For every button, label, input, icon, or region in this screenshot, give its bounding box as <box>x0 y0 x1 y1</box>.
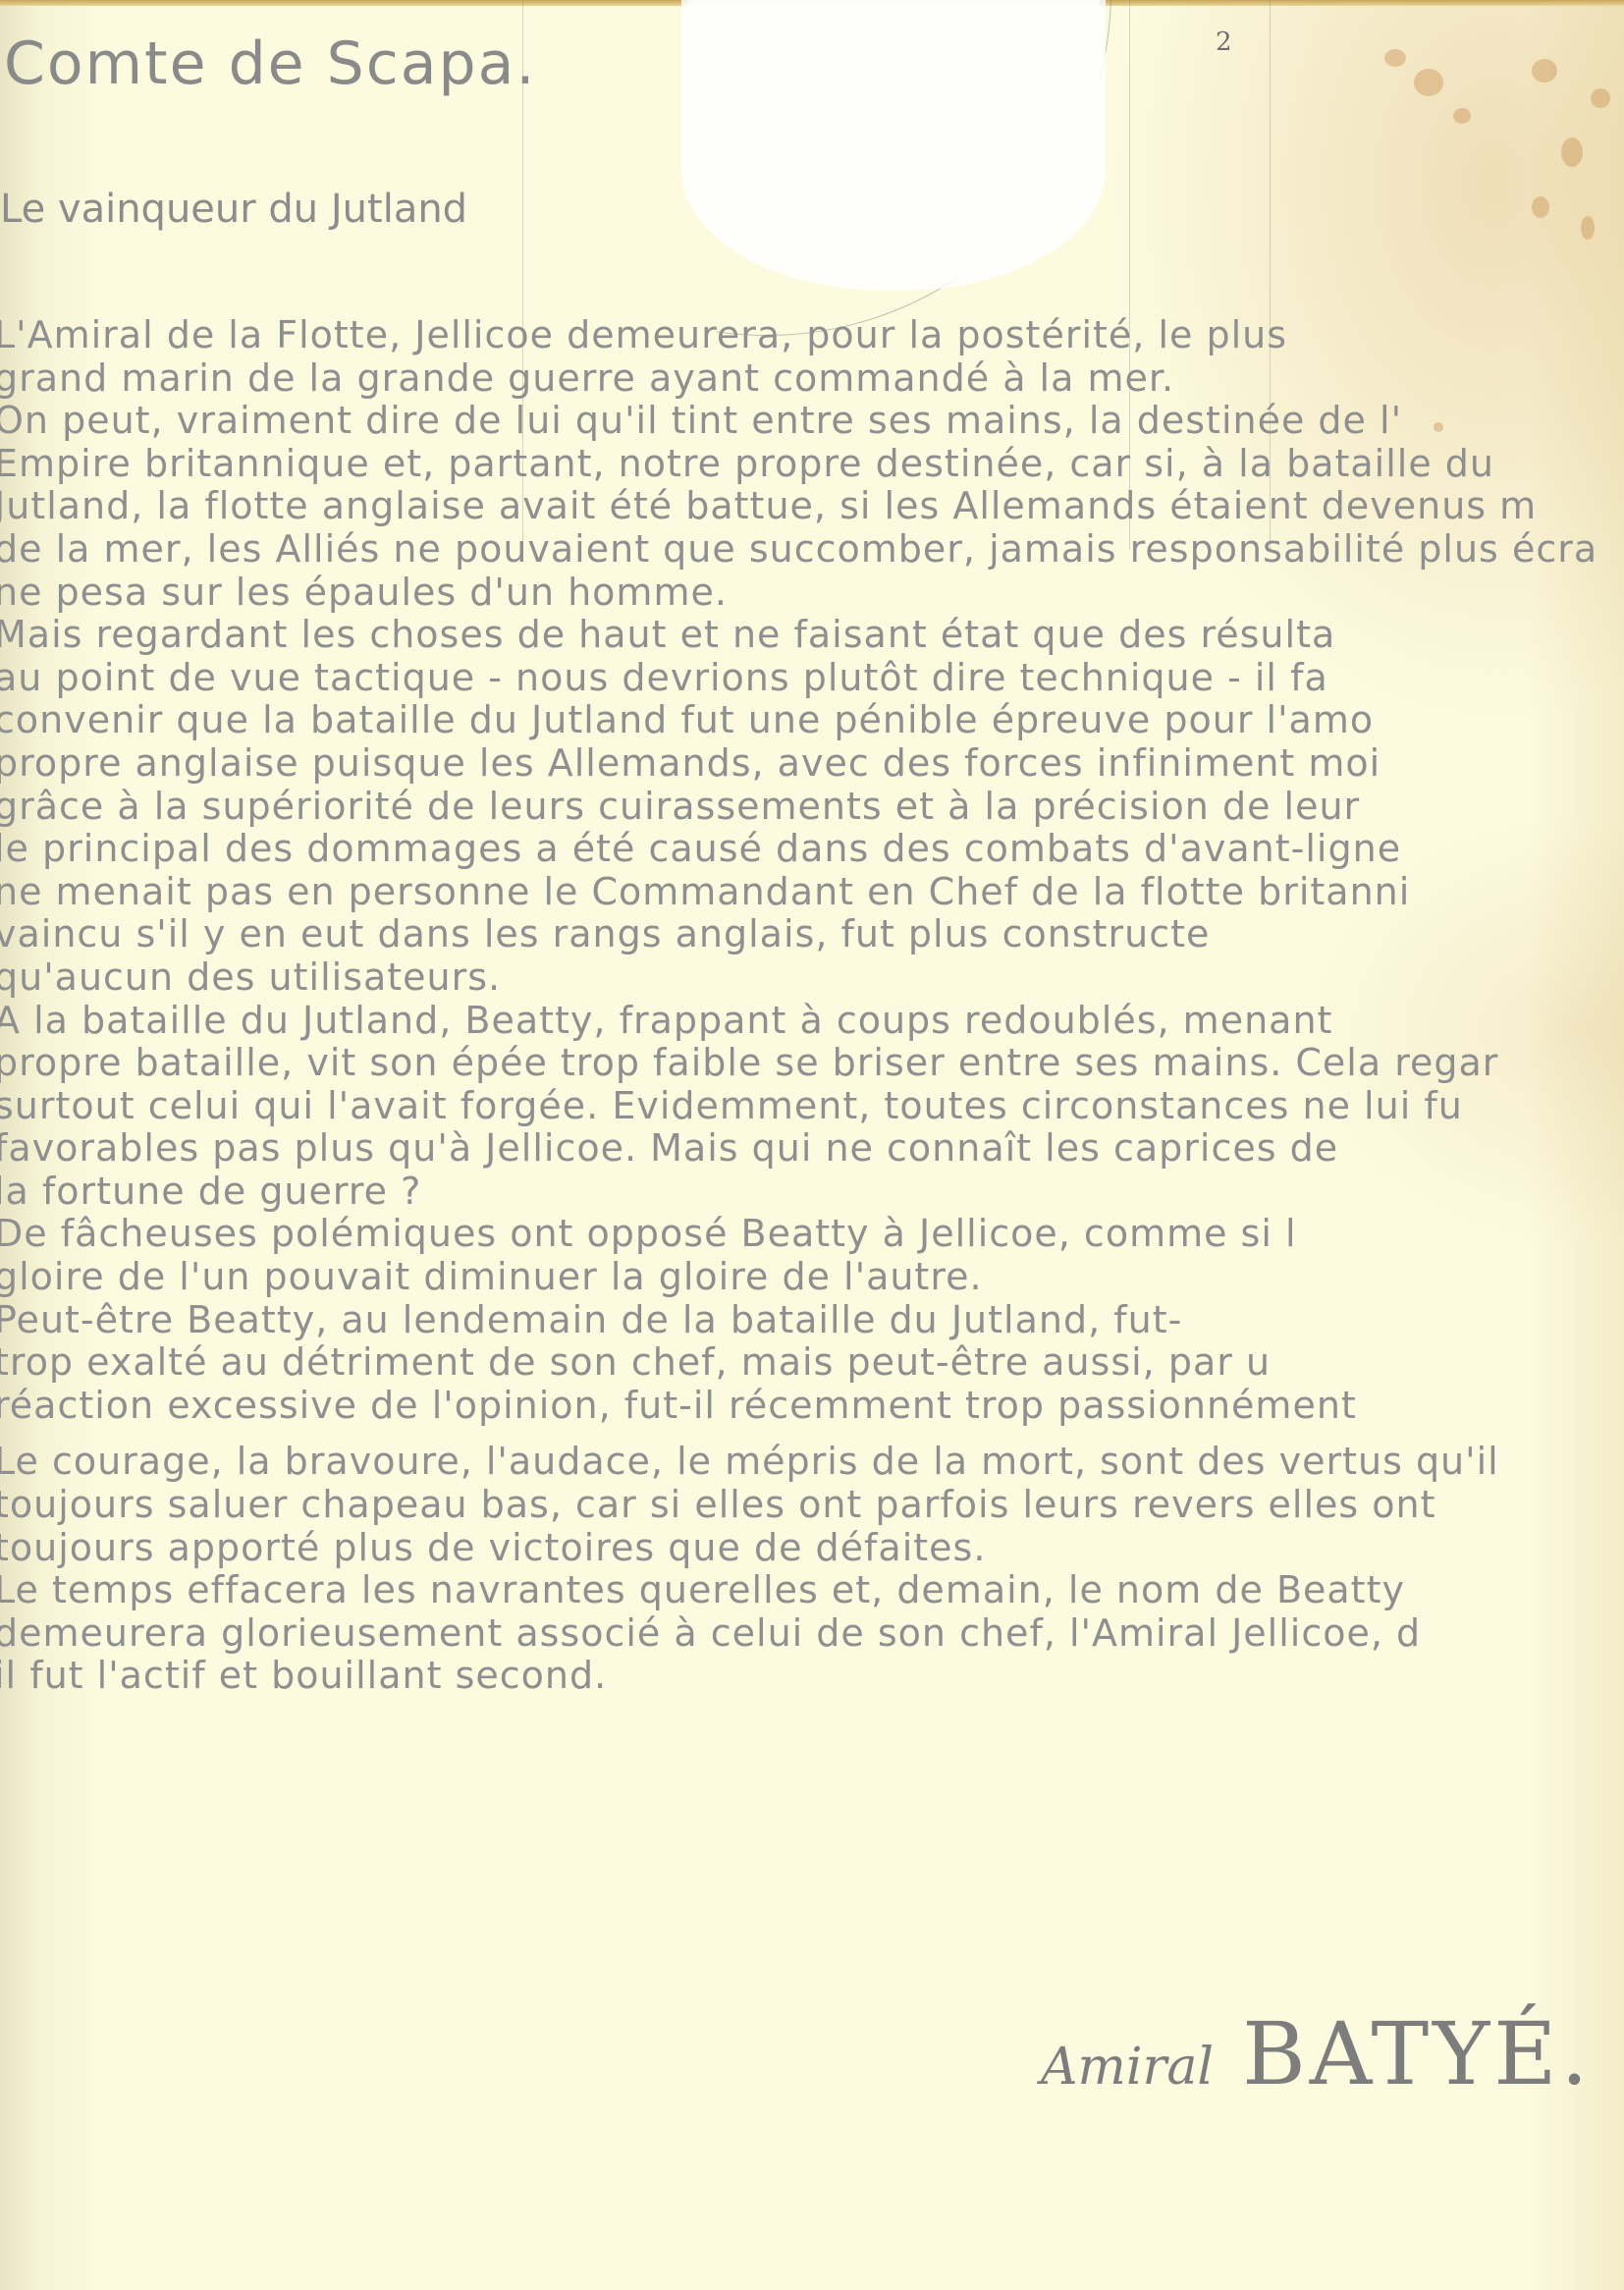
signature-name: BATYÉ. <box>1242 2003 1592 2104</box>
document-body: L'Amiral de la Flotte, Jellicoe demeurer… <box>0 314 1624 1698</box>
foxing-stain <box>1384 49 1406 67</box>
body-line: toujours saluer chapeau bas, car si elle… <box>0 1484 1624 1527</box>
body-line: L'Amiral de la Flotte, Jellicoe demeurer… <box>0 314 1624 357</box>
foxing-stain <box>1591 88 1610 108</box>
body-line: Mais regardant les choses de haut et ne … <box>0 614 1624 657</box>
body-line: au point de vue tactique - nous devrions… <box>0 657 1624 700</box>
body-line: Le courage, la bravoure, l'audace, le mé… <box>0 1441 1624 1484</box>
body-line: trop exalté au détriment de son chef, ma… <box>0 1341 1624 1385</box>
body-line: qu'aucun des utilisateurs. <box>0 956 1624 1000</box>
body-line: ne pesa sur les épaules d'un homme. <box>0 572 1624 615</box>
body-line: réaction excessive de l'opinion, fut-il … <box>0 1385 1624 1428</box>
white-seal-sticker <box>687 0 1100 285</box>
body-line: De fâcheuses polémiques ont opposé Beatt… <box>0 1213 1624 1256</box>
body-line: Peut-être Beatty, au lendemain de la bat… <box>0 1299 1624 1342</box>
body-line: surtout celui qui l'avait forgée. Evidem… <box>0 1085 1624 1128</box>
document-subtitle: Le vainqueur du Jutland <box>0 187 467 232</box>
body-line: grand marin de la grande guerre ayant co… <box>0 357 1624 401</box>
body-line: vaincu s'il y en eut dans les rangs angl… <box>0 913 1624 956</box>
foxing-stain <box>1532 59 1557 82</box>
body-line: demeurera glorieusement associé à celui … <box>0 1612 1624 1656</box>
document-title: Comte de Scapa. <box>4 29 536 98</box>
body-line: Le temps effacera les navrantes querelle… <box>0 1569 1624 1612</box>
body-line: propre bataille, vit son épée trop faibl… <box>0 1042 1624 1085</box>
body-line: convenir que la bataille du Jutland fut … <box>0 699 1624 742</box>
foxing-stain <box>1561 137 1583 167</box>
body-line: grâce à la supériorité de leurs cuirasse… <box>0 786 1624 829</box>
signature: Amiral BATYÉ. <box>1041 2003 1592 2104</box>
body-line: propre anglaise puisque les Allemands, a… <box>0 742 1624 786</box>
foxing-stain <box>1453 108 1471 124</box>
foxing-stain <box>1414 69 1443 96</box>
body-line: gloire de l'un pouvait diminuer la gloir… <box>0 1256 1624 1299</box>
body-line: On peut, vraiment dire de lui qu'il tint… <box>0 400 1624 443</box>
body-line: il fut l'actif et bouillant second. <box>0 1655 1624 1698</box>
body-line: favorables pas plus qu'à Jellicoe. Mais … <box>0 1127 1624 1171</box>
body-line: Empire britannique et, partant, notre pr… <box>0 443 1624 486</box>
body-line: A la bataille du Jutland, Beatty, frappa… <box>0 1000 1624 1043</box>
foxing-stain <box>1532 196 1549 218</box>
signature-title: Amiral <box>1041 2038 1214 2097</box>
body-line: toujours apporté plus de victoires que d… <box>0 1527 1624 1570</box>
body-line: ne menait pas en personne le Commandant … <box>0 871 1624 914</box>
page-number: 2 <box>1216 27 1232 57</box>
body-line: le principal des dommages a été causé da… <box>0 828 1624 871</box>
body-line: de la mer, les Alliés ne pouvaient que s… <box>0 528 1624 572</box>
body-line: la fortune de guerre ? <box>0 1171 1624 1214</box>
body-line: Jutland, la flotte anglaise avait été ba… <box>0 485 1624 528</box>
foxing-stain <box>1581 216 1595 240</box>
